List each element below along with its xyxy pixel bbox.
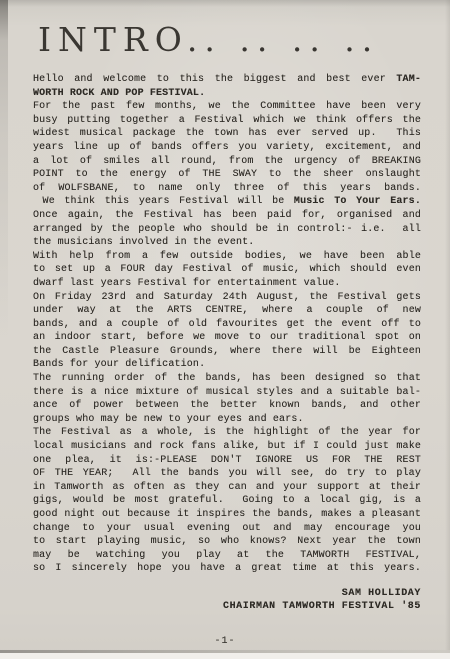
body-line: to start playing music, so who knows? Ne… (33, 535, 421, 549)
page-title: INTRO.. .. .. .. (38, 20, 379, 59)
signature-name: SAM HOLLIDAY (223, 587, 421, 600)
text-run: The Festival as a whole, is the highligh… (33, 427, 421, 438)
text-run: OF THE YEAR; All the bands you will see,… (33, 468, 421, 479)
body-line: change to your usual evening out and may… (33, 522, 421, 536)
body-text: Hello and welcome to this the biggest an… (33, 73, 421, 576)
scan-edge-left (0, 0, 8, 340)
text-run: ance of power between the better known b… (33, 400, 421, 411)
text-run: Bands for your delification. (33, 359, 205, 370)
text-run: We think this years Festival will be (33, 196, 294, 207)
body-line: groups who may be new to your eyes and e… (33, 413, 421, 427)
text-run: widest musical package the town has ever… (33, 128, 421, 139)
body-line: The running order of the bands, has been… (33, 372, 421, 386)
text-run: With help from a few outside bodies, we … (33, 251, 421, 262)
body-line: Bands for your delification. (33, 358, 421, 372)
scan-edge-right (445, 0, 450, 659)
body-line: local musicians and rock fans alike, but… (33, 440, 421, 454)
signature-block: SAM HOLLIDAY CHAIRMAN TAMWORTH FESTIVAL … (223, 587, 421, 613)
body-line: under way at the ARTS CENTRE, where a co… (33, 304, 421, 318)
body-line: WORTH ROCK AND POP FESTIVAL. (33, 87, 421, 101)
scan-edge-bottom-white (0, 653, 450, 659)
text-run: local musicians and rock fans alike, but… (33, 441, 421, 452)
text-run: bands, and a couple of old favourites ge… (33, 319, 421, 330)
page-number: -1- (0, 636, 450, 647)
text-run: an indoor start, before we move to our t… (33, 332, 421, 343)
bold-text-run: WORTH ROCK AND POP FESTIVAL. (33, 88, 205, 99)
text-run: groups who may be new to your eyes and e… (33, 414, 304, 425)
body-line: good night out because it inspires the b… (33, 508, 421, 522)
text-run: The running order of the bands, has been… (33, 373, 421, 384)
body-line: a lot of smiles all round, from the urge… (33, 155, 421, 169)
body-line: may be watching you play at the TAMWORTH… (33, 549, 421, 563)
body-line: With help from a few outside bodies, we … (33, 250, 421, 264)
text-run: may be watching you play at the TAMWORTH… (33, 550, 421, 561)
body-line: the Castle Pleasure Grounds, where there… (33, 345, 421, 359)
text-run: in Tamworth as often as they can and you… (33, 482, 421, 493)
text-run: one plea, it is:-PLEASE DON'T IGNORE US … (33, 455, 421, 466)
text-run: dwarf last years Festival for entertainm… (33, 278, 341, 289)
body-line: years line up of bands offers you variet… (33, 141, 421, 155)
body-line: there is a nice mixture of musical style… (33, 386, 421, 400)
scanned-page: INTRO.. .. .. .. Hello and welcome to th… (0, 0, 450, 659)
body-line: so I sincerely hope you have a great tim… (33, 562, 421, 576)
body-line: OF THE YEAR; All the bands you will see,… (33, 467, 421, 481)
body-line: On Friday 23rd and Saturday 24th August,… (33, 291, 421, 305)
text-run: there is a nice mixture of musical style… (33, 387, 421, 398)
body-line: dwarf last years Festival for entertainm… (33, 277, 421, 291)
text-run: POINT to the energy of THE SWAY to the s… (33, 169, 421, 180)
text-run: a lot of smiles all round, from the urge… (33, 156, 421, 167)
body-line: busy putting together a Festival which w… (33, 114, 421, 128)
text-run: the musicians involved in the event. (33, 237, 254, 248)
text-run: years line up of bands offers you variet… (33, 142, 421, 153)
body-line: to set up a FOUR day Festival of music, … (33, 263, 421, 277)
scan-edge-top (0, 0, 450, 7)
body-line: POINT to the energy of THE SWAY to the s… (33, 168, 421, 182)
text-run: to set up a FOUR day Festival of music, … (33, 264, 421, 275)
text-run: gigs, would be most grateful. Going to a… (33, 495, 421, 506)
body-line: the musicians involved in the event. (33, 236, 421, 250)
text-run: arranged by the people who should be in … (33, 224, 421, 235)
text-run: busy putting together a Festival which w… (33, 115, 421, 126)
body-line: We think this years Festival will be Mus… (33, 195, 421, 209)
text-run: On Friday 23rd and Saturday 24th August,… (33, 292, 421, 303)
text-run: good night out because it inspires the b… (33, 509, 421, 520)
text-run: change to your usual evening out and may… (33, 523, 421, 534)
body-line: gigs, would be most grateful. Going to a… (33, 494, 421, 508)
bold-text-run: Music To Your Ears. (294, 196, 421, 207)
signature-role: CHAIRMAN TAMWORTH FESTIVAL '85 (223, 600, 421, 613)
text-run: the Castle Pleasure Grounds, where there… (33, 346, 421, 357)
body-line: in Tamworth as often as they can and you… (33, 481, 421, 495)
body-line: The Festival as a whole, is the highligh… (33, 426, 421, 440)
text-run: under way at the ARTS CENTRE, where a co… (33, 305, 421, 316)
text-run: Hello and welcome to this the biggest an… (33, 74, 396, 85)
text-run: so I sincerely hope you have a great tim… (33, 563, 421, 574)
body-line: Hello and welcome to this the biggest an… (33, 73, 421, 87)
text-run: For the past few months, we the Committe… (33, 101, 421, 112)
body-line: arranged by the people who should be in … (33, 223, 421, 237)
body-line: ance of power between the better known b… (33, 399, 421, 413)
body-line: an indoor start, before we move to our t… (33, 331, 421, 345)
body-line: widest musical package the town has ever… (33, 127, 421, 141)
text-run: to start playing music, so who knows? Ne… (33, 536, 421, 547)
text-run: Once again, the Festival has been paid f… (33, 210, 421, 221)
body-line: bands, and a couple of old favourites ge… (33, 318, 421, 332)
body-line: of WOLFSBANE, to name only three of this… (33, 182, 421, 196)
body-line: For the past few months, we the Committe… (33, 100, 421, 114)
body-line: Once again, the Festival has been paid f… (33, 209, 421, 223)
body-line: one plea, it is:-PLEASE DON'T IGNORE US … (33, 454, 421, 468)
text-run: of WOLFSBANE, to name only three of this… (33, 183, 421, 194)
bold-text-run: TAM- (396, 74, 421, 85)
